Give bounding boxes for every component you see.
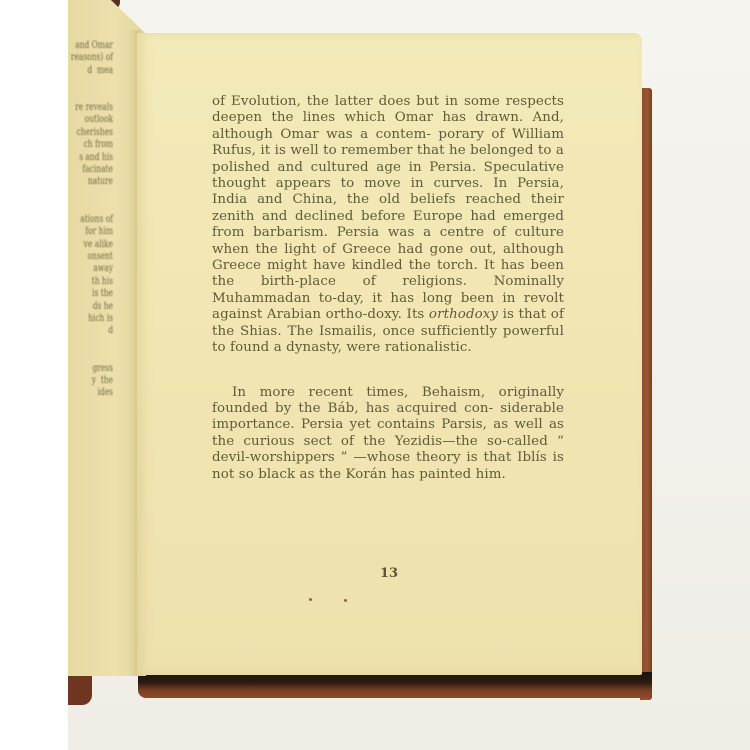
body-text: of Evolution, the latter does but in som… xyxy=(212,94,564,483)
line: of Evolution, the latter does but in som… xyxy=(212,94,500,109)
line: In more recent times, Behaism, originall… xyxy=(232,385,564,400)
line: from barbarism. Persia was a centre of xyxy=(212,225,506,240)
line: found a dynasty, were rationalistic. xyxy=(230,340,472,355)
photo-scene: and Omar reasons) of d mea re reveals ou… xyxy=(0,0,750,750)
paragraph-2: In more recent times, Behaism, originall… xyxy=(212,385,564,483)
book-cover-edge-bottom xyxy=(138,672,652,698)
book-cover-corner-bottom-left xyxy=(68,675,92,705)
line-fragment: doxy. Its xyxy=(367,307,429,322)
line: as the Korán has painted him. xyxy=(300,467,506,482)
line: founded by the Báb, has acquired con- xyxy=(212,401,493,416)
line: and declined before Europe had emerged xyxy=(262,209,564,224)
paper-speck xyxy=(344,599,347,602)
page-number: 13 xyxy=(380,566,398,581)
paragraph-1: of Evolution, the latter does but in som… xyxy=(212,94,564,357)
left-page-text-fragments: and Omar reasons) of d mea re reveals ou… xyxy=(68,40,113,400)
italic-word: orthodoxy xyxy=(429,307,498,322)
right-page: of Evolution, the latter does but in som… xyxy=(137,33,642,675)
paper-speck xyxy=(309,598,312,601)
background-white xyxy=(0,0,68,750)
